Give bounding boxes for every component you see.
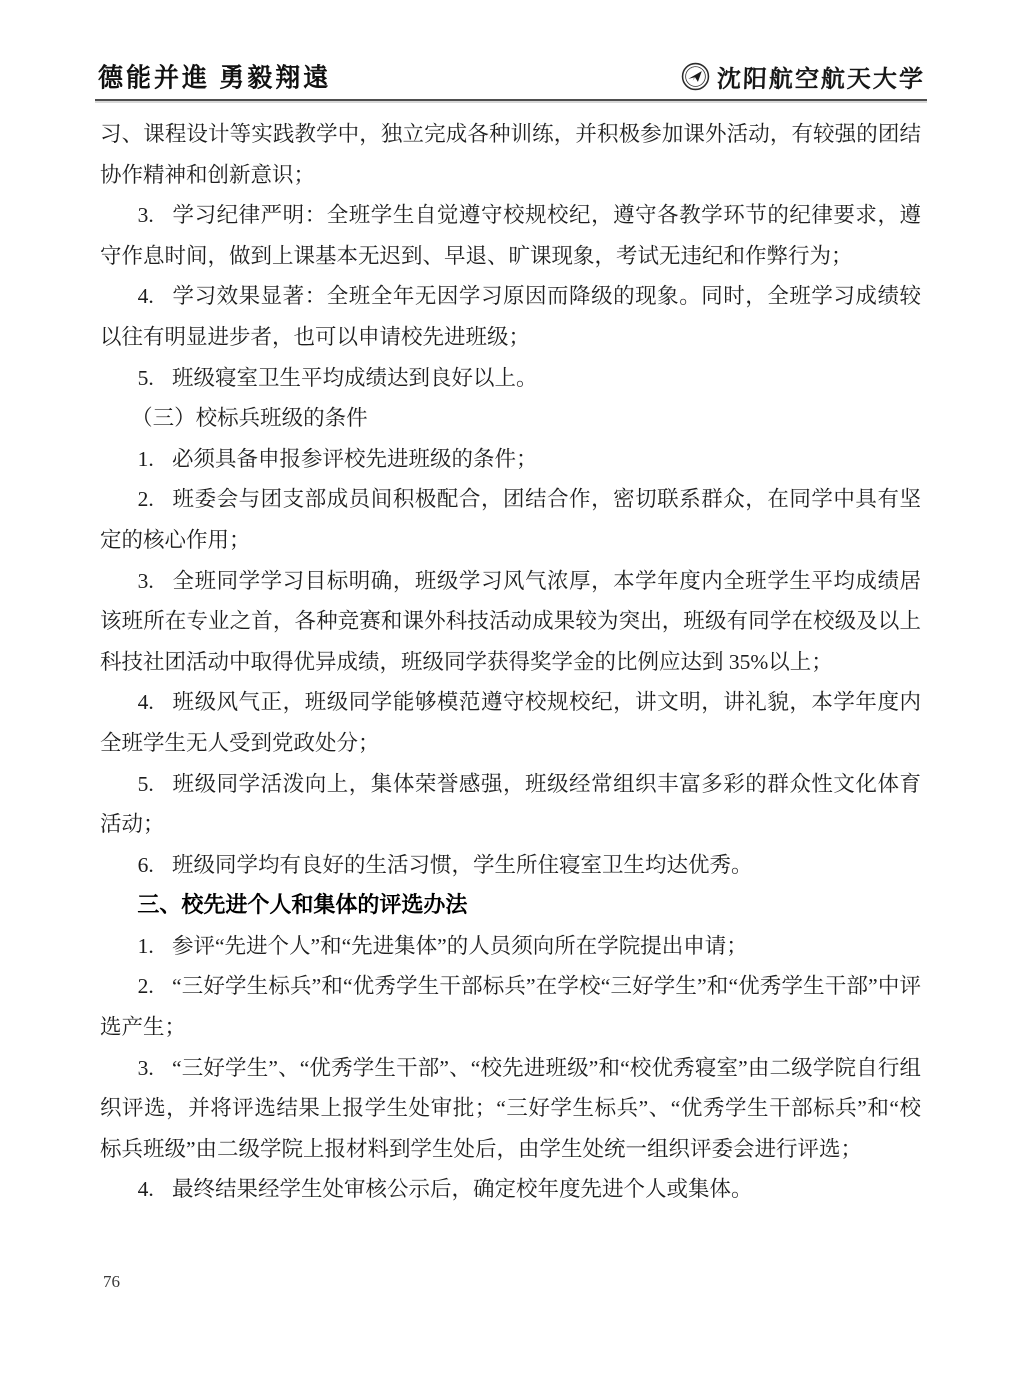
paragraph-text: “三好学生”、“优秀学生干部”、“校先进班级”和“校优秀寝室”由二级学院自行组织…: [100, 1056, 921, 1161]
paragraph-text: 全班同学学习目标明确，班级学习风气浓厚，本学年度内全班学生平均成绩居该班所在专业…: [100, 569, 921, 674]
paragraph-text: 参评“先进个人”和“先进集体”的人员须向所在学院提出申请；: [172, 934, 748, 958]
paragraph: 3.学习纪律严明：全班学生自觉遵守校规校纪，遵守各教学环节的纪律要求，遵守作息时…: [100, 195, 921, 276]
list-number: 3.: [138, 569, 154, 593]
list-number: 2.: [138, 487, 154, 511]
list-number: 6.: [138, 853, 154, 877]
paragraph-text: 班级同学活泼向上，集体荣誉感强，班级经常组织丰富多彩的群众性文化体育活动；: [100, 772, 921, 837]
paragraph: 习、课程设计等实践教学中，独立完成各种训练，并积极参加课外活动，有较强的团结协作…: [100, 114, 921, 195]
school-motto: 德能并進 勇毅翔遠: [98, 57, 331, 95]
page-header: 德能并進 勇毅翔遠 沈阳航空航天大学: [98, 54, 925, 98]
university-logo: 沈阳航空航天大学: [681, 59, 925, 94]
paragraph: 3.“三好学生”、“优秀学生干部”、“校先进班级”和“校优秀寝室”由二级学院自行…: [100, 1048, 921, 1170]
paragraph: 6.班级同学均有良好的生活习惯，学生所住寝室卫生均达优秀。: [100, 845, 921, 886]
paragraph-text: 学习效果显著：全班全年无因学习原因而降级的现象。同时，全班学习成绩较以往有明显进…: [100, 284, 921, 349]
paragraph-text: 班级风气正，班级同学能够模范遵守校规校纪，讲文明，讲礼貌，本学年度内全班学生无人…: [100, 690, 921, 755]
paragraph-text: （三）校标兵班级的条件: [131, 406, 368, 430]
list-number: 1.: [138, 934, 154, 958]
university-emblem-icon: [681, 62, 710, 91]
paragraph-text: 班级同学均有良好的生活习惯，学生所住寝室卫生均达优秀。: [172, 853, 753, 877]
paragraph: 1.必须具备申报参评校先进班级的条件；: [100, 439, 921, 480]
paragraph-text: 学习纪律严明：全班学生自觉遵守校规校纪，遵守各教学环节的纪律要求，遵守作息时间，…: [100, 203, 921, 268]
paragraph-text: 习、课程设计等实践教学中，独立完成各种训练，并积极参加课外活动，有较强的团结协作…: [100, 122, 921, 187]
university-name: 沈阳航空航天大学: [716, 59, 925, 94]
paragraph-text: 三、校先进个人和集体的评选办法: [137, 892, 467, 917]
page-number: 76: [103, 1272, 120, 1292]
list-number: 1.: [138, 447, 154, 471]
paragraph-text: “三好学生标兵”和“优秀学生干部标兵”在学校“三好学生”和“优秀学生干部”中评选…: [100, 974, 921, 1039]
list-number: 4.: [138, 1177, 154, 1201]
list-number: 5.: [138, 366, 154, 390]
list-number: 5.: [138, 772, 154, 796]
paragraph: 5.班级同学活泼向上，集体荣誉感强，班级经常组织丰富多彩的群众性文化体育活动；: [100, 764, 921, 845]
document-page: 德能并進 勇毅翔遠 沈阳航空航天大学 习、课程设计等实践教学中，独立完成各种训练…: [0, 0, 1024, 1387]
paragraph-text: 班级寝室卫生平均成绩达到良好以上。: [172, 366, 538, 390]
list-number: 4.: [138, 284, 154, 308]
paragraph: 4.最终结果经学生处审核公示后，确定校年度先进个人或集体。: [100, 1169, 921, 1210]
header-divider: [95, 99, 927, 101]
list-number: 2.: [138, 974, 154, 998]
paragraph: 2.班委会与团支部成员间积极配合，团结合作，密切联系群众，在同学中具有坚定的核心…: [100, 479, 921, 560]
paragraph-text: 必须具备申报参评校先进班级的条件；: [172, 447, 538, 471]
paragraph-text: 班委会与团支部成员间积极配合，团结合作，密切联系群众，在同学中具有坚定的核心作用…: [100, 487, 921, 552]
paragraph: 1.参评“先进个人”和“先进集体”的人员须向所在学院提出申请；: [100, 926, 921, 967]
list-number: 4.: [138, 690, 154, 714]
paragraph-text: 最终结果经学生处审核公示后，确定校年度先进个人或集体。: [172, 1177, 753, 1201]
section-heading: 三、校先进个人和集体的评选办法: [100, 885, 921, 926]
paragraph: 4.学习效果显著：全班全年无因学习原因而降级的现象。同时，全班学习成绩较以往有明…: [100, 276, 921, 357]
list-number: 3.: [138, 203, 154, 227]
paragraph: 3.全班同学学习目标明确，班级学习风气浓厚，本学年度内全班学生平均成绩居该班所在…: [100, 561, 921, 683]
document-body: 习、课程设计等实践教学中，独立完成各种训练，并积极参加课外活动，有较强的团结协作…: [100, 114, 921, 1210]
paragraph: 2.“三好学生标兵”和“优秀学生干部标兵”在学校“三好学生”和“优秀学生干部”中…: [100, 966, 921, 1047]
sub-heading: （三）校标兵班级的条件: [100, 398, 921, 439]
list-number: 3.: [138, 1056, 154, 1080]
paragraph: 4.班级风气正，班级同学能够模范遵守校规校纪，讲文明，讲礼貌，本学年度内全班学生…: [100, 682, 921, 763]
paragraph: 5.班级寝室卫生平均成绩达到良好以上。: [100, 358, 921, 399]
